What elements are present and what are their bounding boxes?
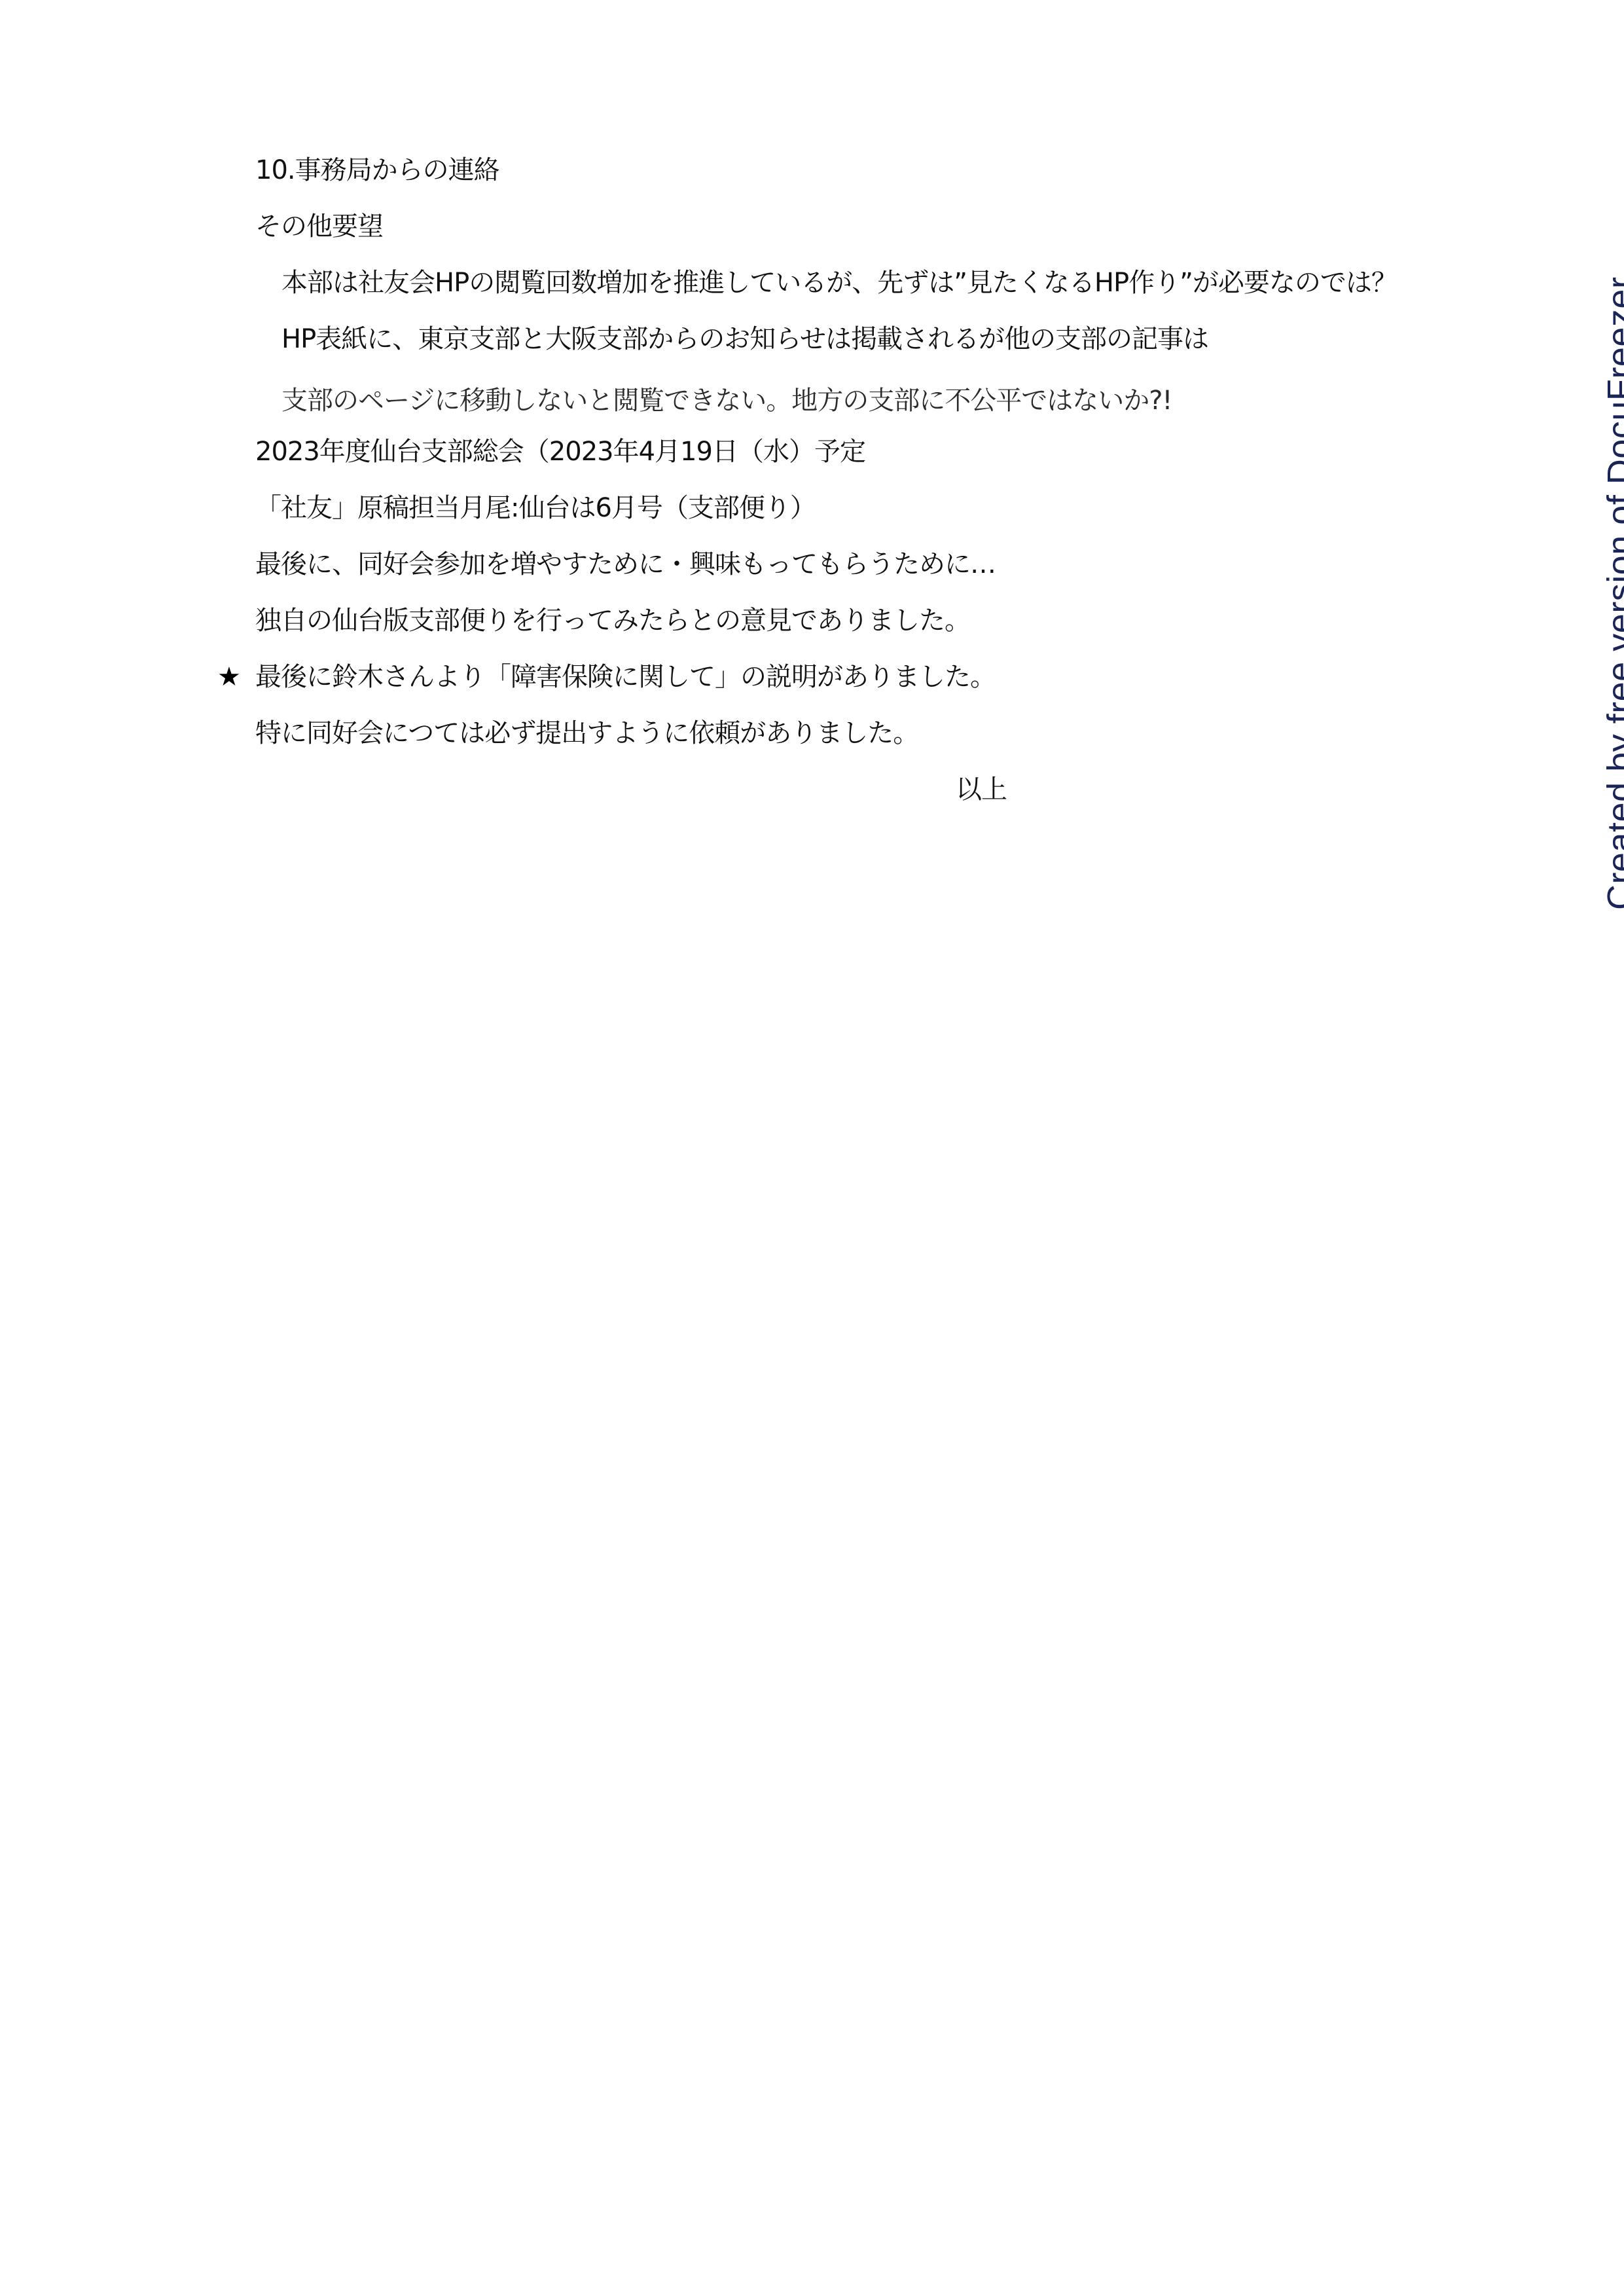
section-heading: 10.事務局からの連絡 — [255, 155, 499, 186]
request-line-1: 本部は社友会HPの閲覧回数増加を推進しているが、先ずは”見たくなるHP作り”が必… — [281, 267, 1397, 299]
subheading-other-requests: その他要望 — [255, 211, 383, 242]
submit-request-line: 特に同好会につては必ず提出すように依頼がありました。 — [255, 718, 918, 749]
closing-mark: 以上 — [956, 774, 1007, 805]
docufreezer-watermark: Created by free version of DocuFreezer — [1600, 277, 1624, 910]
request-line-2: HP表紙に、東京支部と大阪支部からのお知らせは掲載されるが他の支部の記事は — [281, 323, 1208, 355]
request-line-3: 支部のページに移動しないと閲覧できない。地方の支部に不公平ではないか?! — [281, 385, 1172, 416]
schedule-line: 2023年度仙台支部総会（2023年4月19日（水）予定 — [255, 436, 865, 467]
manuscript-line: 「社友」原稿担当月尾:仙台は6月号（支部便り） — [255, 492, 816, 524]
opinion-line-1: 最後に、同好会参加を増やすために・興味もってもらうために… — [255, 549, 996, 580]
star-bullet-icon: ★ — [217, 661, 241, 693]
opinion-line-2: 独自の仙台版支部便りを行ってみたらとの意見でありました。 — [255, 605, 970, 636]
insurance-line: 最後に鈴木さんより「障害保険に関して」の説明がありました。 — [255, 661, 996, 693]
